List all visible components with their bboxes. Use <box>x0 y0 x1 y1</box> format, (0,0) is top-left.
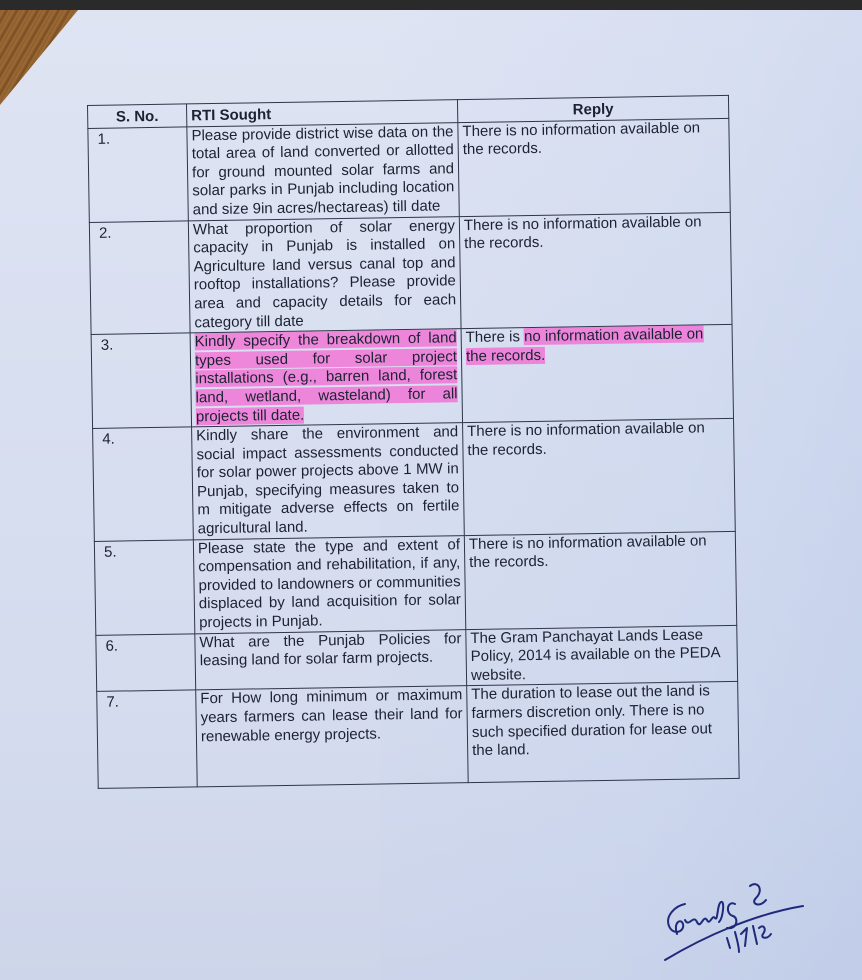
document-photo: S. No. RTI Sought Reply 1. Please provid… <box>0 10 862 980</box>
row-question: Kindly share the environment and social … <box>192 423 465 540</box>
row-sno: 4. <box>93 427 194 541</box>
row-reply: There is no information available on the… <box>461 325 733 423</box>
row-question: Kindly specify the breakdown of land typ… <box>190 329 462 427</box>
header-sno: S. No. <box>88 104 187 128</box>
row-reply: There is no information available on the… <box>464 531 736 629</box>
row-sno: 7. <box>97 690 198 789</box>
row-question: What are the Punjab Policies for leasing… <box>195 629 467 690</box>
wooden-table-corner <box>0 10 110 120</box>
table-row-highlighted: 3. Kindly specify the breakdown of land … <box>91 325 733 429</box>
row-reply: The duration to lease out the land is fa… <box>467 682 739 783</box>
table-row: 6. What are the Punjab Policies for leas… <box>96 625 738 692</box>
highlighted-question: Kindly specify the breakdown of land typ… <box>195 329 458 424</box>
table-row: 7. For How long minimum or maximum years… <box>97 682 739 789</box>
table-row: 5. Please state the type and extent of c… <box>94 531 736 635</box>
row-sno: 3. <box>91 333 191 429</box>
row-reply: The Gram Panchayat Lands Lease Policy, 2… <box>466 625 738 686</box>
rti-reply-table: S. No. RTI Sought Reply 1. Please provid… <box>87 95 740 789</box>
row-reply: There is no information available on the… <box>459 212 732 329</box>
row-question: What proportion of solar energy capacity… <box>188 216 461 333</box>
row-sno: 1. <box>88 127 188 223</box>
row-sno: 6. <box>96 633 196 691</box>
row-question: Please provide district wise data on the… <box>187 122 459 220</box>
table-row: 2. What proportion of solar energy capac… <box>89 212 732 335</box>
row-reply: There is no information available on the… <box>463 418 736 535</box>
row-reply: There is no information available on the… <box>458 118 730 216</box>
table-row: 1. Please provide district wise data on … <box>88 118 730 222</box>
row-question: Please state the type and extent of comp… <box>193 535 465 633</box>
table-row: 4. Kindly share the environment and soci… <box>93 418 736 541</box>
signature-icon <box>655 876 805 966</box>
reply-prefix: There is <box>466 328 525 346</box>
row-question: For How long minimum or maximum years fa… <box>196 686 468 787</box>
row-sno: 5. <box>94 540 194 636</box>
row-sno: 2. <box>89 220 190 334</box>
